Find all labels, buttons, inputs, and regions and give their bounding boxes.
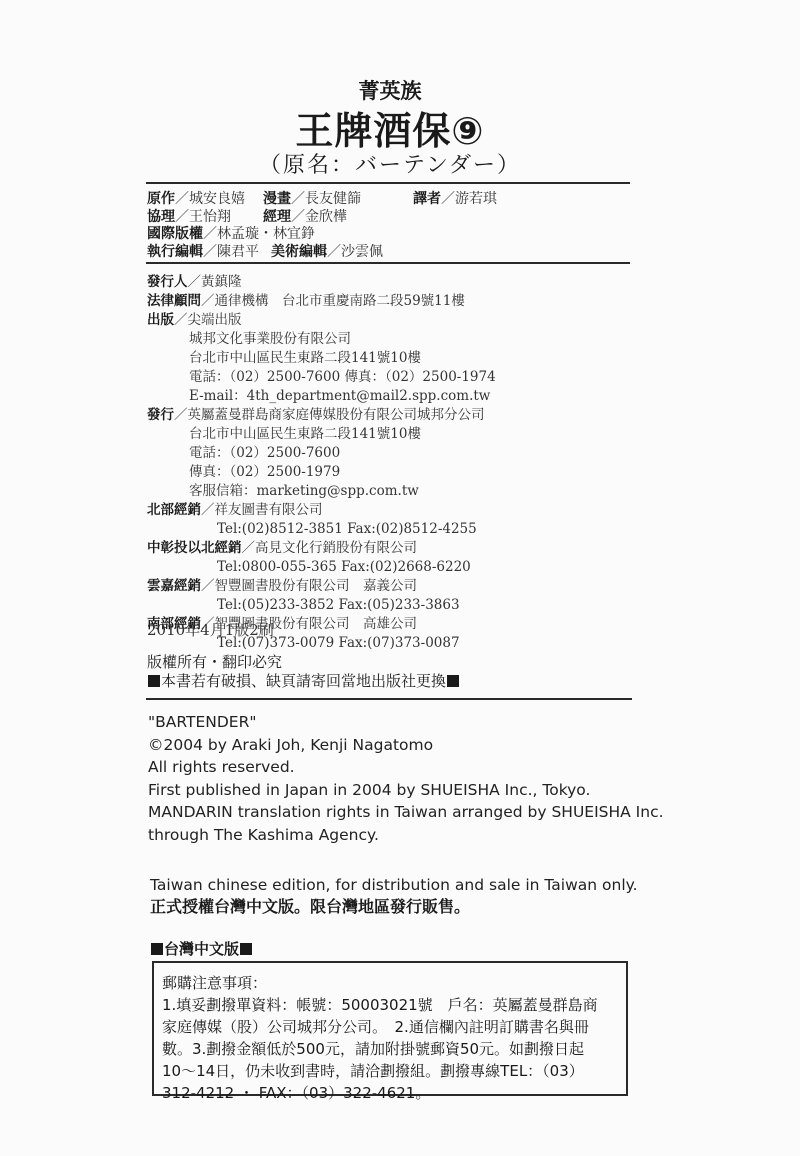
- english-title: "BARTENDER": [148, 711, 664, 734]
- rights-return-notice: 本書若有破損、缺頁請寄回當地出版社更換: [147, 672, 460, 691]
- distributor-fax: 傳真：（02）2500-1979: [147, 463, 496, 482]
- credit-manager: 經理／金欣樺: [263, 209, 347, 227]
- credits-row: 原作／城安良嬉 漫畫／長友健篩 譯者／游若琪: [147, 191, 497, 209]
- taiwan-edition-heading: 台灣中文版: [150, 938, 253, 959]
- taiwan-edition: Taiwan chinese edition, for distribution…: [150, 875, 638, 917]
- english-agency: through The Kashima Agency.: [148, 824, 664, 847]
- mail-order-notice-box: 郵購注意事項： 1.填妥劃撥單資料：帳號：50003021號 戶名：英屬蓋曼群島…: [152, 961, 628, 1096]
- english-translation-rights: MANDARIN translation rights in Taiwan ar…: [148, 801, 664, 824]
- taiwan-edition-en: Taiwan chinese edition, for distribution…: [150, 875, 638, 896]
- regional-central: 中彰投以北經銷／高見文化行銷股份有限公司: [147, 539, 496, 558]
- regional-central-contact: Tel:0800-055-365 Fax:(02)2668-6220: [147, 558, 496, 577]
- credit-art-editor: 美術編輯／沙雲佩: [271, 244, 383, 262]
- credit-intl-rights: 國際版權／林孟璇・林宜錚: [147, 226, 315, 244]
- credit-exec-editor: 執行編輯／陳君平: [147, 244, 259, 262]
- regional-yunjia: 雲嘉經銷／智豐圖書股份有限公司 嘉義公司: [147, 577, 496, 596]
- legal-line: 法律顧問／通律機構 台北市重慶南路二段59號11樓: [147, 292, 496, 311]
- publisher-phone: 電話：（02）2500-7600 傳真：（02）2500-1974: [147, 368, 496, 387]
- regional-yunjia-contact: Tel:(05)233-3852 Fax:(05)233-3863: [147, 596, 496, 615]
- issuer-line: 發行人／黃鎮隆: [147, 273, 496, 292]
- credits-block: 原作／城安良嬉 漫畫／長友健篩 譯者／游若琪 協理／王怡翔 經理／金欣樺 國際版…: [147, 191, 497, 261]
- taiwan-edition-zh: 正式授權台灣中文版。限台灣地區發行販售。: [150, 896, 638, 917]
- mail-order-line: 家庭傳媒（股）公司城邦分公司。 2.通信欄內註明訂購書名與冊: [162, 1016, 620, 1038]
- credit-art: 漫畫／長友健篩: [263, 191, 413, 209]
- publisher-line: 出版／尖端出版: [147, 311, 496, 330]
- credits-row: 國際版權／林孟璇・林宜錚: [147, 226, 497, 244]
- credit-original: 原作／城安良嬉: [147, 191, 257, 209]
- regional-north-contact: Tel:(02)8512-3851 Fax:(02)8512-4255: [147, 520, 496, 539]
- publisher-company: 城邦文化事業股份有限公司: [147, 330, 496, 349]
- mail-order-line: 10～14日，仍未收到書時，請洽劃撥組。劃撥專線TEL：（03）: [162, 1060, 620, 1082]
- credits-row: 執行編輯／陳君平 美術編輯／沙雲佩: [147, 244, 497, 262]
- rights-reserved: 版權所有・翻印必究: [147, 653, 460, 672]
- rights-block: 版權所有・翻印必究 本書若有破損、缺頁請寄回當地出版社更換: [147, 653, 460, 691]
- mail-order-line: 數。3.劃撥金額低於500元，請加附掛號郵資50元。如劃撥日起: [162, 1038, 620, 1060]
- english-first-published: First published in Japan in 2004 by SHUE…: [148, 779, 664, 802]
- square-bullet-icon: [148, 675, 160, 687]
- mail-order-line: 1.填妥劃撥單資料：帳號：50003021號 戶名：英屬蓋曼群島商: [162, 994, 620, 1016]
- mail-order-title: 郵購注意事項：: [162, 972, 620, 994]
- book-title: 王牌酒保⑨: [0, 100, 780, 155]
- edition-date: 2010年4月1版2刷: [147, 619, 274, 640]
- credit-associate-manager: 協理／王怡翔: [147, 209, 257, 227]
- regional-north: 北部經銷／祥友圖書有限公司: [147, 501, 496, 520]
- square-bullet-icon: [151, 943, 163, 955]
- divider-rights: [146, 698, 632, 700]
- divider-top: [146, 182, 630, 184]
- distributor-phone: 電話：（02）2500-7600: [147, 444, 496, 463]
- publisher-email: E-mail：4th_department@mail2.spp.com.tw: [147, 387, 496, 406]
- mail-order-line: 312-4212 ・ FAX：（03）322-4621。: [162, 1082, 620, 1104]
- square-bullet-icon: [240, 943, 252, 955]
- publisher-address: 台北市中山區民生東路二段141號10樓: [147, 349, 496, 368]
- square-bullet-icon: [447, 675, 459, 687]
- english-copyright: "BARTENDER" ©2004 by Araki Joh, Kenji Na…: [148, 711, 664, 846]
- english-rights: All rights reserved.: [148, 756, 664, 779]
- distributor-line: 發行／英屬蓋曼群島商家庭傳媒股份有限公司城邦分公司: [147, 406, 496, 425]
- english-copyright-line: ©2004 by Araki Joh, Kenji Nagatomo: [148, 734, 664, 757]
- publishing-block: 發行人／黃鎮隆 法律顧問／通律機構 台北市重慶南路二段59號11樓 出版／尖端出…: [147, 273, 496, 653]
- credits-row: 協理／王怡翔 經理／金欣樺: [147, 209, 497, 227]
- original-title: （原名：バーテンダー）: [0, 148, 780, 179]
- credit-translator: 譯者／游若琪: [413, 191, 497, 209]
- divider-credits: [146, 262, 630, 264]
- distributor-address: 台北市中山區民生東路二段141號10樓: [147, 425, 496, 444]
- distributor-email: 客服信箱：marketing@spp.com.tw: [147, 482, 496, 501]
